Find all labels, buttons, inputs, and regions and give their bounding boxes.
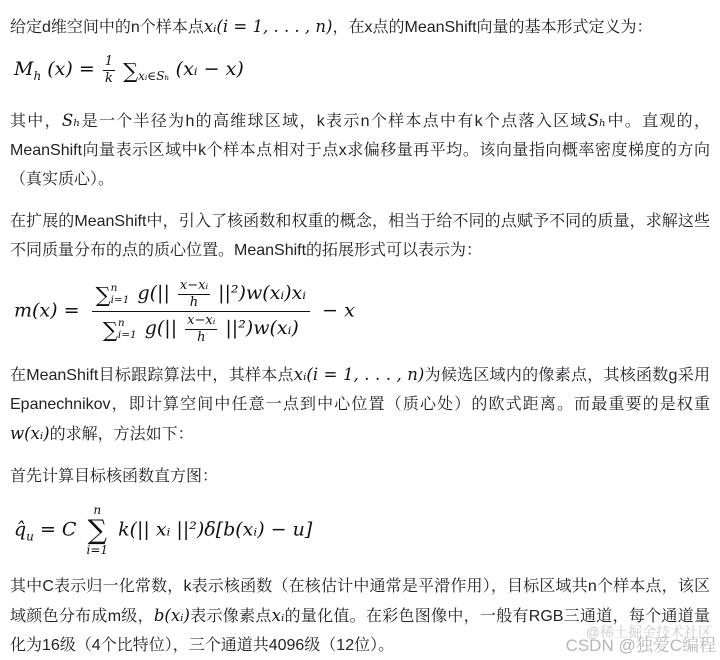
text-run: ，在x点的MeanShift向量的基本形式定义为： [332, 19, 652, 36]
math-kernel-open: g(|| [145, 317, 177, 339]
fraction-denominator: h [197, 330, 205, 345]
fraction-numerator: x−xᵢ [178, 279, 210, 295]
paragraph-extended-intro: 在扩展的MeanShift中，引入了核函数和权重的概念，相当于给不同的点赋予不同… [10, 207, 710, 265]
sigma-icon: ∑ [123, 59, 138, 83]
text-run: 首先计算目标核函数直方图： [10, 468, 218, 485]
sum-lower: i=1 [87, 544, 109, 557]
sum-limits: xᵢ∈Sₕ [138, 69, 169, 83]
inline-math-sh: Sₕ [62, 111, 80, 130]
fraction-numerator: x−xᵢ [185, 314, 217, 330]
text-run: 是一个半径为h的高维球区域，k表示n个样本点中有k个点落入区域 [80, 113, 587, 130]
paragraph-sphere-region: 其中，Sₕ是一个半径为h的高维球区域，k表示n个样本点中有k个点落入区域Sₕ中。… [10, 106, 710, 194]
paragraph-definition: 给定d维空间中的n个样本点xᵢ(i = 1, . . . , n)，在x点的Me… [10, 12, 710, 42]
math-kernel-open: g(|| [137, 282, 169, 304]
sum-lower: i=1 [118, 329, 137, 341]
article-body: 给定d维空间中的n个样本点xᵢ(i = 1, . . . , n)，在x点的Me… [0, 0, 720, 660]
text-run: 在MeanShift目标跟踪算法中，其样本点 [10, 367, 294, 384]
fraction-numerator: 1 [103, 55, 115, 71]
math-weighted-tail: ||²)w(xᵢ) [225, 317, 298, 339]
fraction-main: ∑ni=1 g(|| x−xᵢh ||²)w(xᵢ)xᵢ ∑ni=1 g(|| … [92, 278, 311, 345]
math-qhat: q̂ [14, 518, 26, 540]
text-run: 其中， [10, 113, 62, 130]
fraction-inner: x−xᵢh [178, 279, 210, 309]
sum-limits: ni=1 [111, 282, 130, 306]
fraction-denominator-row: ∑ni=1 g(|| x−xᵢh ||²)w(xᵢ) [103, 312, 299, 344]
sigma-icon: ∑ [88, 517, 107, 544]
formula-kernel-histogram: q̂u = C n ∑ i=1 k(|| xᵢ ||²)δ[b(xᵢ) − u] [10, 504, 710, 557]
sigma-icon: ∑ [103, 318, 118, 342]
math-tail: − x [322, 299, 355, 321]
inline-math-xi: xᵢ [272, 606, 285, 625]
text-run: 的求解，方法如下： [50, 426, 194, 443]
fraction-inner: x−xᵢh [185, 314, 217, 344]
math-subscript: u [26, 529, 34, 543]
sigma-with-limits: n ∑ i=1 [87, 504, 109, 557]
math-tail: (xᵢ − x) [176, 58, 244, 80]
formula-meanshift-basic: Mh (x) = 1k ∑xᵢ∈Sₕ (xᵢ − x) [10, 55, 710, 91]
math-var: M [14, 58, 33, 80]
sum-upper: n [118, 317, 125, 329]
paragraph-histogram-intro: 首先计算目标核函数直方图： [10, 462, 710, 491]
inline-math-sh: Sₕ [588, 111, 606, 130]
math-subscript: h [33, 69, 41, 83]
text-run: 在扩展的MeanShift中，引入了核函数和权重的概念，相当于给不同的点赋予不同… [10, 213, 710, 259]
paragraph-tracking: 在MeanShift目标跟踪算法中，其样本点xᵢ(i = 1, . . . , … [10, 360, 710, 449]
math-lhs: m(x) = [14, 299, 80, 321]
sum-upper: n [111, 282, 118, 294]
inline-math-sample-points: xᵢ(i = 1, . . . , n) [294, 365, 425, 384]
fraction-numerator: ∑ni=1 g(|| x−xᵢh ||²)w(xᵢ)xᵢ [92, 278, 311, 312]
text-run: 给定d维空间中的n个样本点 [10, 19, 204, 36]
inline-math-weight: w(xᵢ) [10, 424, 50, 443]
sum-lower: i=1 [111, 294, 130, 306]
text-run: 表示像素点 [190, 608, 272, 625]
sum-limits: ni=1 [118, 317, 137, 341]
inline-math-bxi: b(xᵢ) [154, 606, 190, 625]
math-eq: = C [40, 518, 77, 540]
fraction-denominator: k [105, 71, 113, 86]
formula-meanshift-extended: m(x) = ∑ni=1 g(|| x−xᵢh ||²)w(xᵢ)xᵢ ∑ni=… [10, 278, 710, 345]
fraction-denominator: h [190, 295, 198, 310]
math-body: k(|| xᵢ ||²)δ[b(xᵢ) − u] [118, 518, 312, 540]
math-args: (x) = [47, 58, 95, 80]
fraction-one-over-k: 1k [103, 55, 115, 85]
math-weighted-tail: ||²)w(xᵢ)xᵢ [218, 282, 306, 304]
paragraph-quantization: 其中C表示归一化常数，k表示核函数（在核估计中通常是平滑作用），目标区域共n个样… [10, 572, 710, 660]
sigma-icon: ∑ [96, 283, 111, 307]
inline-math-sample-points: xᵢ(i = 1, . . . , n) [204, 17, 333, 36]
